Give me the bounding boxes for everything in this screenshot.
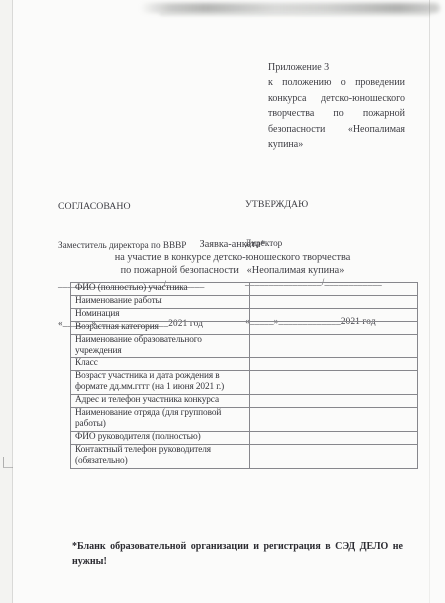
- field-value: [250, 295, 418, 308]
- scan-top-smudge-echo: [160, 13, 430, 16]
- form-title-line3: по пожарной безопасности «Неопалимая куп…: [25, 264, 440, 277]
- field-value: [250, 321, 418, 334]
- field-value: [250, 371, 418, 395]
- field-value: [250, 283, 418, 296]
- appendix-label: Приложение 3: [268, 60, 405, 75]
- field-value: [250, 334, 418, 358]
- table-row: Адрес и телефон участника конкурса: [71, 395, 418, 408]
- appendix-body: к положению о проведении конкурса детско…: [268, 75, 405, 152]
- table-row: Возрастная категория: [71, 321, 418, 334]
- field-label: Класс: [71, 358, 250, 371]
- field-label: Наименование работы: [71, 295, 250, 308]
- table-row: ФИО (полностью) участника: [71, 283, 418, 296]
- table-row: Контактный телефон руководителя (обязате…: [71, 444, 418, 468]
- application-table: ФИО (полностью) участника Наименование р…: [70, 282, 418, 469]
- field-value: [250, 431, 418, 444]
- table-row: Наименование отряда (для групповой работ…: [71, 408, 418, 432]
- table-row: Наименование образовательного учреждения: [71, 334, 418, 358]
- table-row: Возраст участника и дата рождения в форм…: [71, 371, 418, 395]
- scanned-document-page: Приложение 3 к положению о проведении ко…: [0, 0, 445, 603]
- field-value: [250, 308, 418, 321]
- form-title: Заявка-анкета* на участие в конкурсе дет…: [25, 238, 440, 278]
- scan-right-edge-line: [429, 0, 430, 603]
- field-label: Возраст участника и дата рождения в форм…: [71, 371, 250, 395]
- table-row: Наименование работы: [71, 295, 418, 308]
- field-label: ФИО руководителя (полностью): [71, 431, 250, 444]
- form-title-line1: Заявка-анкета*: [25, 238, 440, 251]
- field-value: [250, 444, 418, 468]
- scan-left-margin: [0, 0, 12, 603]
- approved-title: УТВЕРЖДАЮ: [245, 198, 382, 211]
- scan-corner-mark: [3, 457, 13, 468]
- table-row: ФИО руководителя (полностью): [71, 431, 418, 444]
- field-value: [250, 395, 418, 408]
- field-label: Номинация: [71, 308, 250, 321]
- field-label: Контактный телефон руководителя (обязате…: [71, 444, 250, 468]
- field-value: [250, 358, 418, 371]
- form-title-line2: на участие в конкурсе детско-юношеского …: [25, 251, 440, 264]
- field-value: [250, 408, 418, 432]
- field-label: Возрастная категория: [71, 321, 250, 334]
- appendix-block: Приложение 3 к положению о проведении ко…: [268, 60, 405, 152]
- table-row: Номинация: [71, 308, 418, 321]
- footnote: *Бланк образовательной организации и рег…: [72, 539, 403, 569]
- scan-left-edge-line: [12, 0, 13, 603]
- field-label: Наименование образовательного учреждения: [71, 334, 250, 358]
- field-label: ФИО (полностью) участника: [71, 283, 250, 296]
- field-label: Наименование отряда (для групповой работ…: [71, 408, 250, 432]
- scan-top-smudge: [140, 3, 440, 13]
- table-row: Класс: [71, 358, 418, 371]
- agreed-title: СОГЛАСОВАНО: [58, 200, 205, 213]
- field-label: Адрес и телефон участника конкурса: [71, 395, 250, 408]
